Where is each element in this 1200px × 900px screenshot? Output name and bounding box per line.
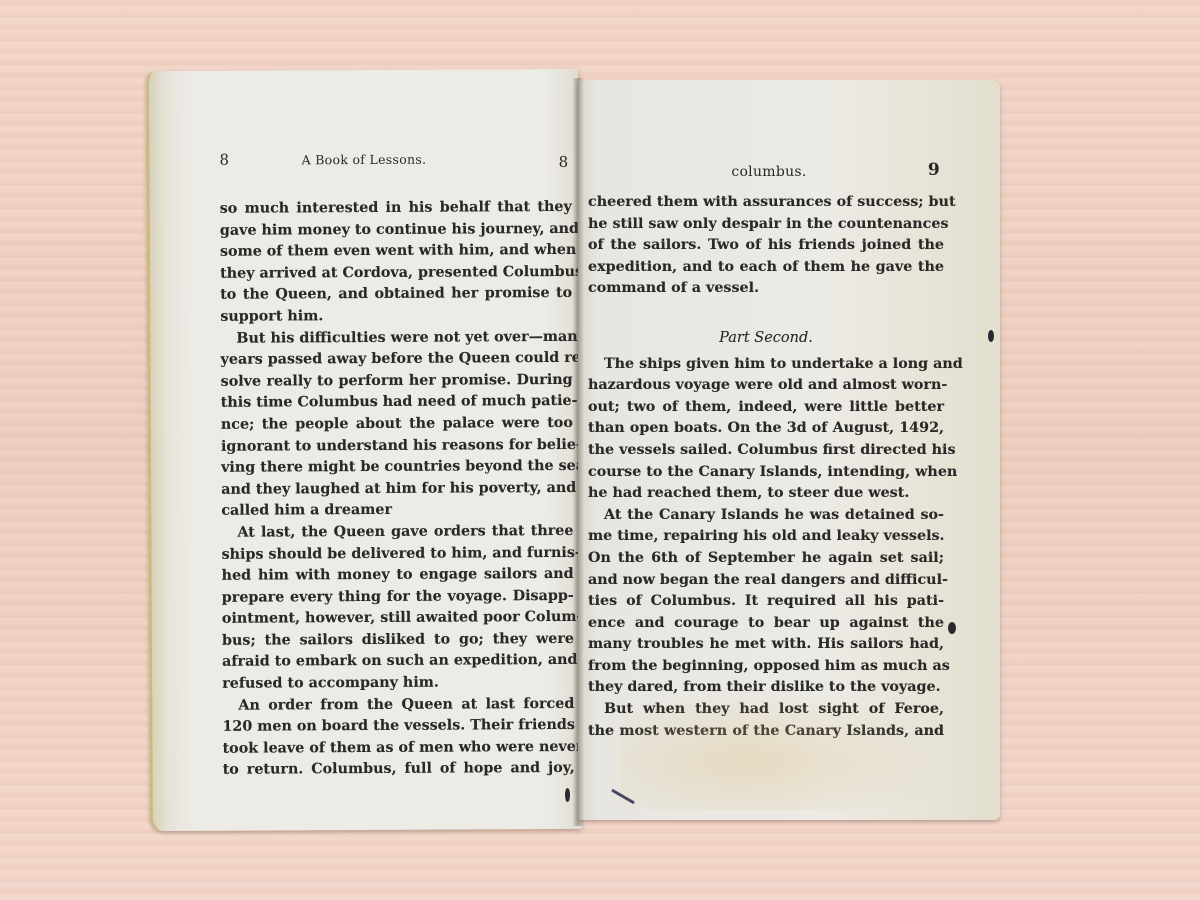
section-heading: Part Second.: [588, 328, 944, 350]
text-line: ointment, however, still awaited poor Co…: [222, 607, 574, 630]
text-line: ence and courage to bear up against the: [588, 613, 944, 635]
text-line: prepare every thing for the voyage. Disa…: [222, 586, 574, 609]
text-line: course to the Canary Islands, intending,…: [588, 462, 944, 484]
text-line: 120 men on board the vessels. Their frie…: [222, 715, 574, 738]
text-line: hed him with money to engage sailors and: [222, 564, 574, 587]
text-line: so much interested in his behalf that th…: [220, 197, 572, 220]
running-title: columbus.: [578, 164, 960, 180]
text-line: the vessels sailed. Columbus first direc…: [588, 440, 944, 462]
text-line: But his difficulties were not yet over—m…: [220, 326, 572, 349]
text-line: solve really to perform her promise. Dur…: [221, 370, 573, 393]
text-line: some of them even went with him, and whe…: [220, 240, 572, 263]
text-line: cheered them with assurances of success;…: [588, 192, 944, 214]
ink-spot: [988, 330, 994, 342]
right-body-text: cheered them with assurances of success;…: [588, 192, 944, 742]
right-page: columbus. 9 cheered them with assurances…: [578, 80, 1000, 820]
text-line: bus; the sailors disliked to go; they we…: [222, 629, 574, 652]
text-line: to the Queen, and obtained her promise t…: [220, 283, 572, 306]
text-line: me time, repairing his old and leaky ves…: [588, 526, 944, 548]
text-line: to return. Columbus, full of hope and jo…: [223, 758, 575, 781]
text-line: ships should be delivered to him, and fu…: [221, 542, 573, 565]
text-line: called him a dreamer: [221, 499, 573, 522]
text-line: gave him money to continue his journey, …: [220, 219, 572, 242]
text-line: of the sailors. Two of his friends joine…: [588, 235, 944, 257]
text-line: than open boats. On the 3d of August, 14…: [588, 418, 944, 440]
text-line: hazardous voyage were old and almost wor…: [588, 375, 944, 397]
text-line: took leave of them as of men who were ne…: [223, 737, 575, 760]
text-line: On the 6th of September he again set sai…: [588, 548, 944, 570]
text-line: command of a vessel.: [588, 278, 944, 300]
running-title: A Book of Lessons.: [149, 151, 578, 168]
page-number: 9: [928, 160, 940, 180]
paragraph-group: cheered them with assurances of success;…: [588, 192, 944, 300]
text-line: The ships given him to undertake a long …: [588, 354, 944, 376]
text-line: ignorant to understand his reasons for b…: [221, 434, 573, 457]
text-line: he still saw only despair in the counten…: [588, 214, 944, 236]
text-line: he had reached them, to steer due west.: [588, 483, 944, 505]
open-book: 8 A Book of Lessons. 8 so much intereste…: [0, 0, 1200, 900]
text-line: ving there might be countries beyond the…: [221, 456, 573, 479]
text-line: the most western of the Canary Islands, …: [588, 721, 944, 743]
right-running-head: columbus. 9: [578, 160, 1000, 184]
text-line: afraid to embark on such an expedition, …: [222, 650, 574, 673]
text-line: and now began the real dangers and diffi…: [588, 570, 944, 592]
text-line: At last, the Queen gave orders that thre…: [221, 521, 573, 544]
text-line: they arrived at Cordova, presented Colum…: [220, 262, 572, 285]
text-line: An order from the Queen at last forced: [222, 694, 574, 717]
left-body-text: so much interested in his behalf that th…: [220, 197, 575, 782]
paragraph-group: The ships given him to undertake a long …: [588, 354, 944, 743]
text-line: nce; the people about the palace were to…: [221, 413, 573, 436]
text-line: ties of Columbus. It required all his pa…: [588, 591, 944, 613]
text-line: and they laughed at him for his poverty,…: [221, 478, 573, 501]
ink-spot: [948, 622, 956, 634]
text-line: expedition, and to each of them he gave …: [588, 257, 944, 279]
text-line: from the beginning, opposed him as much …: [588, 656, 944, 678]
text-line: At the Canary Islands he was detained so…: [588, 505, 944, 527]
text-line: this time Columbus had need of much pati…: [221, 391, 573, 414]
text-line: support him.: [220, 305, 572, 328]
page-number-alt: 8: [559, 153, 569, 171]
left-running-head: 8 A Book of Lessons. 8: [149, 149, 578, 175]
left-page: 8 A Book of Lessons. 8 so much intereste…: [146, 69, 582, 831]
text-line: many troubles he met with. His sailors h…: [588, 634, 944, 656]
text-line: out; two of them, indeed, were little be…: [588, 397, 944, 419]
text-line: they dared, from their dislike to the vo…: [588, 677, 944, 699]
ink-spot: [565, 788, 570, 802]
book-spine: [572, 78, 584, 826]
text-line: refused to accompany him.: [222, 672, 574, 695]
text-line: years passed away before the Queen could…: [220, 348, 572, 371]
text-line: But when they had lost sight of Feroe,: [588, 699, 944, 721]
